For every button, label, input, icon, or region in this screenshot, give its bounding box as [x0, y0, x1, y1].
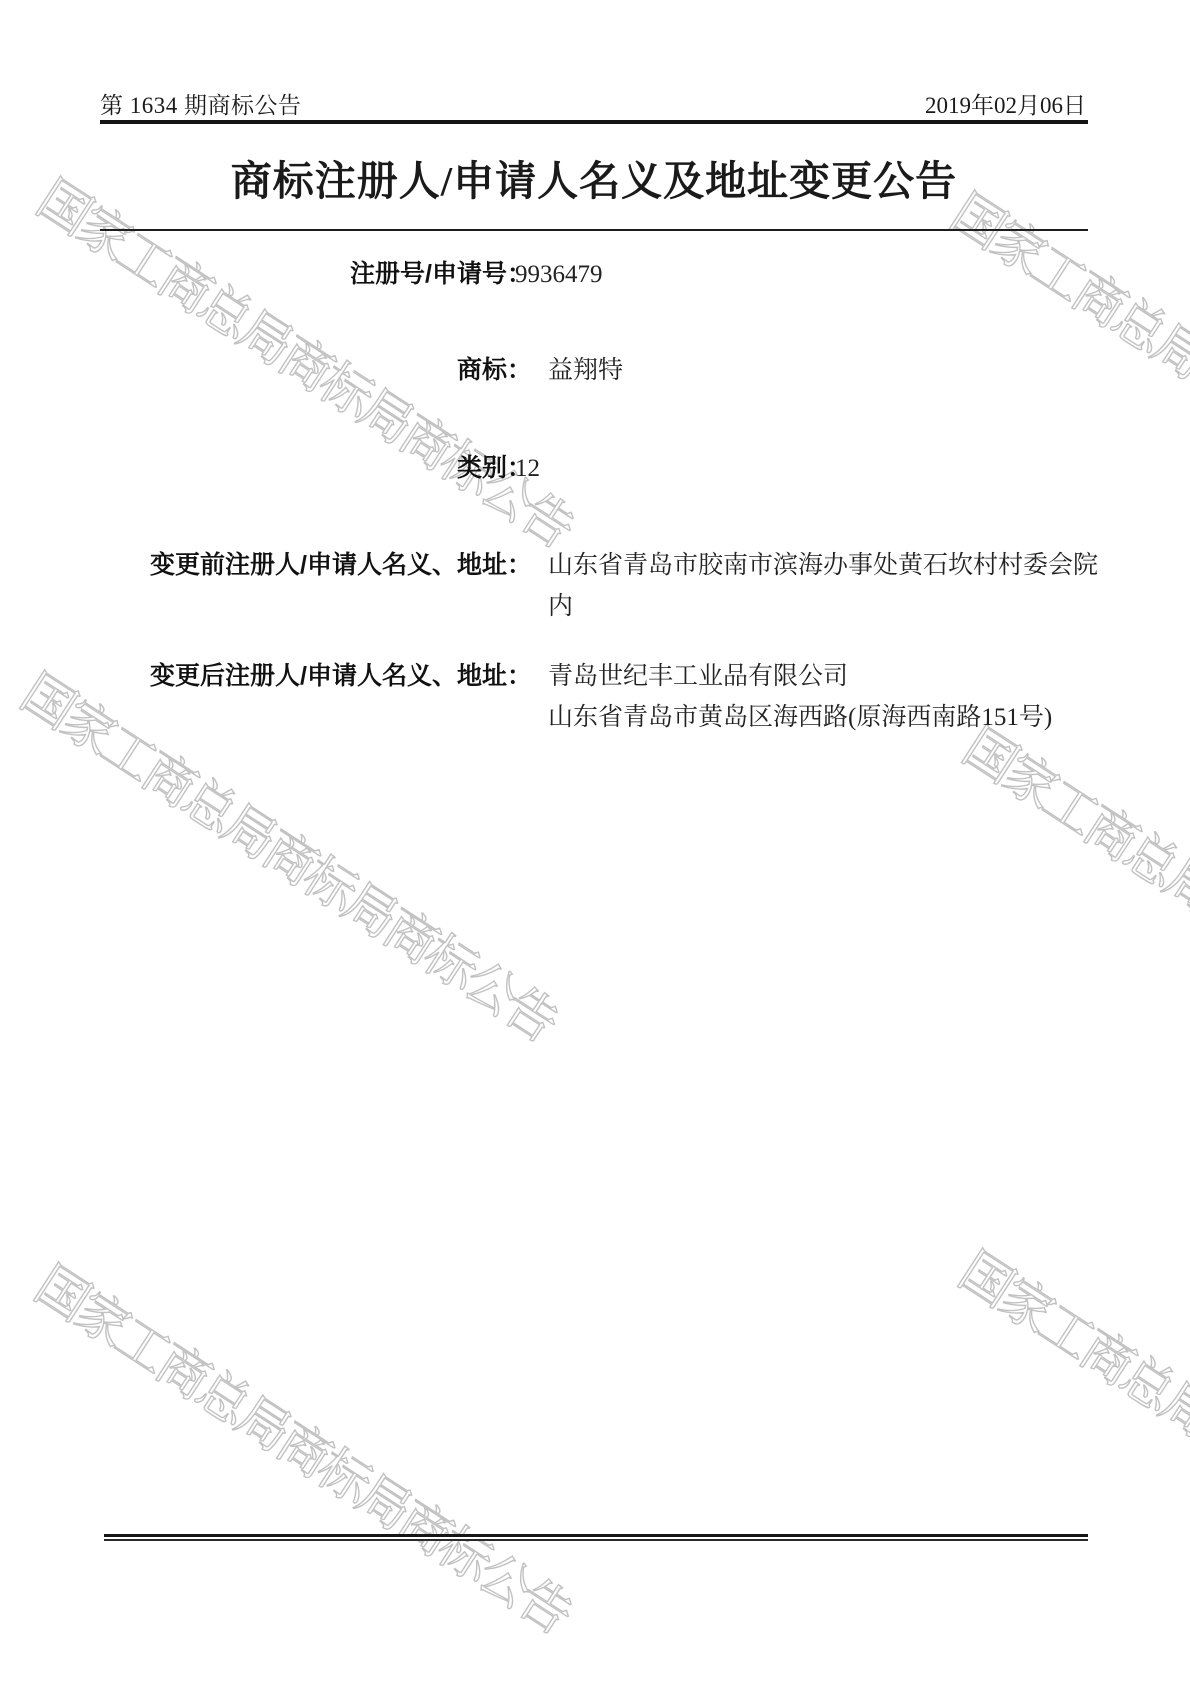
gazette-issue-label: 第 1634 期商标公告 [100, 87, 302, 120]
after-change-value: 青岛世纪丰工业品有限公司 山东省青岛市黄岛区海西路(原海西南路151号) [548, 656, 1108, 738]
category-value: 12 [515, 448, 1075, 489]
header-rule [100, 120, 1088, 124]
trademark-label: 商标： [100, 350, 532, 391]
before-change-label: 变更前注册人/申请人名义、地址： [100, 545, 532, 586]
page-title: 商标注册人/申请人名义及地址变更公告 [100, 148, 1088, 207]
registration-number-label: 注册号/申请号： [100, 254, 532, 295]
after-change-value-line-2: 山东省青岛市黄岛区海西路(原海西南路151号) [548, 697, 1108, 738]
before-change-value: 山东省青岛市胶南市滨海办事处黄石坎村村委会院 内 [548, 545, 1108, 627]
watermark-middle-left: 国家工商总局商标局商标公告 [9, 652, 573, 1055]
gazette-date: 2019年02月06日 [925, 87, 1086, 120]
trademark-value: 益翔特 [548, 350, 1108, 391]
title-underline [100, 229, 1088, 231]
category-label: 类别： [100, 448, 532, 489]
registration-number-value: 9936479 [515, 254, 1075, 295]
after-change-label: 变更后注册人/申请人名义、地址： [100, 656, 532, 697]
footer-rule [104, 1534, 1088, 1541]
gazette-page: 国家工商总局商标局商标公告 国家工商总局商标局商标公告 国家工商总局商标局商标公… [0, 0, 1190, 1684]
watermark-bottom-left: 国家工商总局商标局商标公告 [23, 1244, 587, 1647]
watermark-bottom-right: 国家工商总局商标局商标公告 [947, 1230, 1190, 1633]
watermark-middle-right: 国家工商总局商标局商标公告 [951, 706, 1190, 1109]
before-change-value-line-2: 内 [548, 586, 1108, 627]
before-change-value-line-1: 山东省青岛市胶南市滨海办事处黄石坎村村委会院 [548, 545, 1108, 586]
after-change-value-line-1: 青岛世纪丰工业品有限公司 [548, 656, 1108, 697]
